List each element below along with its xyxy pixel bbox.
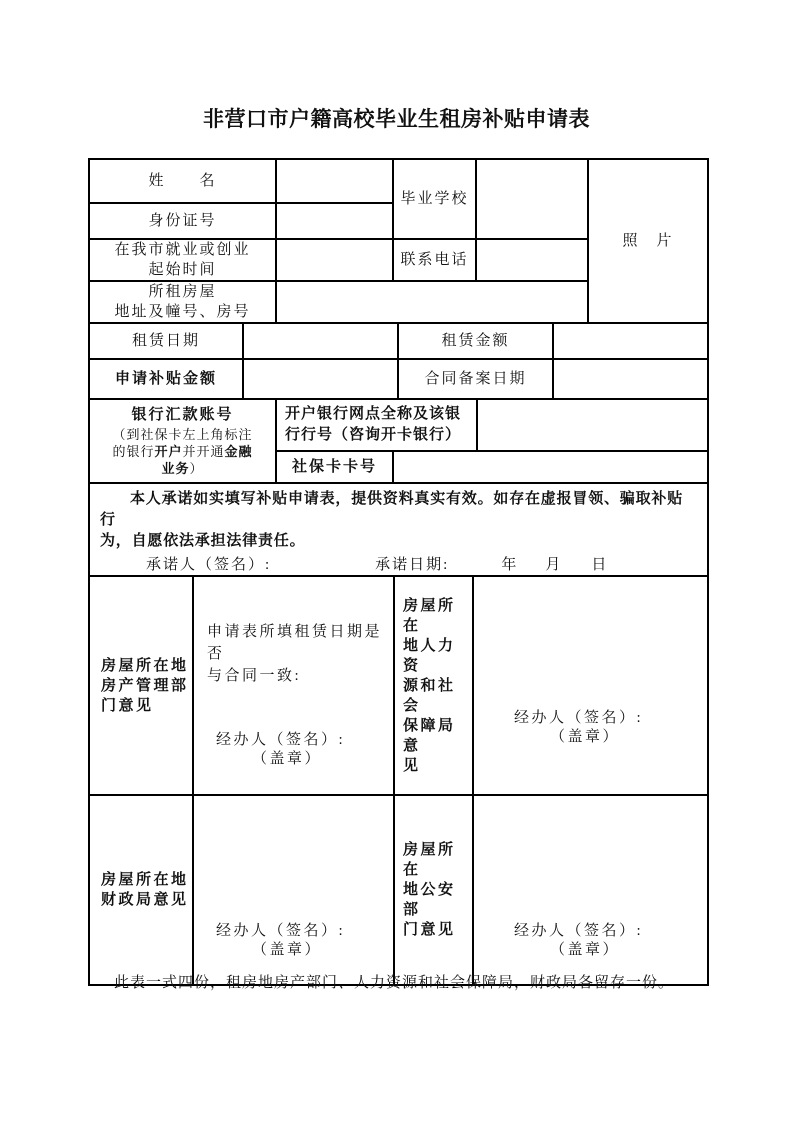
subsidy-amount-value-cell [243, 359, 398, 399]
handler-sign-label: 经办人（签名）: [514, 709, 707, 728]
social-security-card-value-cell [393, 451, 708, 483]
id-number-value-cell [276, 203, 393, 239]
pledge-cell: 本人承诺如实填写补贴申请表，提供资料真实有效。如存在虚报冒领、骗取补贴行 为，自… [89, 483, 708, 576]
lease-amount-value-cell [553, 323, 708, 359]
pledge-year-label: 年 [501, 555, 518, 575]
bank-account-note: （到社保卡左上角标注 的银行开户并开通金融 业务） [90, 426, 275, 477]
section-bank-info: 银行汇款账号 （到社保卡左上角标注 的银行开户并开通金融 业务） 开户银行网点全… [88, 398, 709, 484]
school-value-cell [476, 159, 588, 239]
housing-dept-opinion-label: 房屋所在地 房产管理部 门意见 [89, 576, 193, 795]
name-value-cell [276, 159, 393, 203]
handler-seal-label: （盖章） [514, 728, 707, 747]
police-dept-opinion-label: 房屋所在 地公安部 门意见 [394, 795, 473, 985]
bank-branch-label: 开户银行网点全称及该银 行行号（咨询开卡银行） [276, 399, 477, 451]
application-form-table: 姓 名 毕业学校 照 片 身份证号 在我市就业或创业 起始时间 联系电话 所租房… [88, 158, 709, 986]
handler-signature-block: 经办人（签名）: （盖章） [514, 922, 707, 960]
pledge-signature-line: 承诺人（签名）: 承诺日期: 年 月 日 [90, 555, 707, 575]
section-pledge: 本人承诺如实填写补贴申请表，提供资料真实有效。如存在虚报冒领、骗取补贴行 为，自… [88, 482, 709, 577]
handler-signature-block: 经办人（签名）: （盖章） [514, 709, 707, 747]
handler-seal-label: （盖章） [216, 750, 393, 769]
rented-address-label: 所租房屋 地址及幢号、房号 [89, 281, 276, 323]
handler-signature-block: 经办人（签名）: （盖章） [216, 731, 393, 769]
contract-record-date-label: 合同备案日期 [398, 359, 553, 399]
bank-branch-value-cell [477, 399, 708, 451]
rented-address-value-cell [276, 281, 588, 323]
housing-dept-opinion-cell: 申请表所填租赁日期是否 与合同一致: 经办人（签名）: （盖章） [193, 576, 394, 795]
pledge-month-label: 月 [545, 555, 562, 575]
phone-value-cell [476, 239, 588, 281]
application-form-page: 非营口市户籍高校毕业生租房补贴申请表 姓 名 毕业学校 照 片 身份证号 在我市… [0, 0, 793, 1122]
police-dept-opinion-cell: 经办人（签名）: （盖章） [473, 795, 708, 985]
handler-sign-label: 经办人（签名）: [216, 731, 393, 750]
hr-bureau-opinion-label: 房屋所在 地人力资 源和社会 保障局意 见 [394, 576, 473, 795]
finance-bureau-opinion-label: 房屋所在地 财政局意见 [89, 795, 193, 985]
bank-account-label: 银行汇款账号 （到社保卡左上角标注 的银行开户并开通金融 业务） [89, 399, 276, 483]
social-security-card-label: 社保卡卡号 [276, 451, 393, 483]
section-opinions-row2: 房屋所在地 财政局意见 经办人（签名）: （盖章） 房屋所在 地公安部 门意见 … [88, 794, 709, 986]
form-title: 非营口市户籍高校毕业生租房补贴申请表 [0, 103, 793, 133]
handler-sign-label: 经办人（签名）: [216, 922, 393, 941]
lease-date-label: 租赁日期 [89, 323, 243, 359]
lease-date-match-question: 申请表所填租赁日期是否 与合同一致: [207, 621, 387, 687]
handler-seal-label: （盖章） [216, 941, 393, 960]
bank-account-title: 银行汇款账号 [90, 405, 275, 425]
handler-sign-label: 经办人（签名）: [514, 922, 707, 941]
pledge-signer-label: 承诺人（签名）: [146, 555, 271, 575]
lease-date-value-cell [243, 323, 398, 359]
employment-start-value-cell [276, 239, 393, 281]
section-personal-info: 姓 名 毕业学校 照 片 身份证号 在我市就业或创业 起始时间 联系电话 所租房… [88, 158, 709, 324]
contract-record-date-value-cell [553, 359, 708, 399]
pledge-statement: 本人承诺如实填写补贴申请表，提供资料真实有效。如存在虚报冒领、骗取补贴行 为，自… [100, 489, 697, 552]
handler-signature-block: 经办人（签名）: （盖章） [216, 922, 393, 960]
id-number-label: 身份证号 [89, 203, 276, 239]
section-opinions-row1: 房屋所在地 房产管理部 门意见 申请表所填租赁日期是否 与合同一致: 经办人（签… [88, 575, 709, 796]
subsidy-amount-label: 申请补贴金额 [89, 359, 243, 399]
phone-label: 联系电话 [393, 239, 476, 281]
hr-bureau-opinion-cell: 经办人（签名）: （盖章） [473, 576, 708, 795]
school-label: 毕业学校 [393, 159, 476, 239]
section-lease-info: 租赁日期 租赁金额 申请补贴金额 合同备案日期 [88, 322, 709, 400]
lease-amount-label: 租赁金额 [398, 323, 553, 359]
finance-bureau-opinion-cell: 经办人（签名）: （盖章） [193, 795, 394, 985]
footer-note: 此表一式四份，租房地房产部门、人力资源和社会保障局，财政局各留存一份。 [114, 971, 674, 992]
pledge-day-label: 日 [591, 555, 608, 575]
employment-start-label: 在我市就业或创业 起始时间 [89, 239, 276, 281]
handler-seal-label: （盖章） [514, 941, 707, 960]
photo-cell: 照 片 [588, 159, 708, 323]
name-label: 姓 名 [89, 159, 276, 203]
pledge-date-label: 承诺日期: [375, 555, 449, 575]
